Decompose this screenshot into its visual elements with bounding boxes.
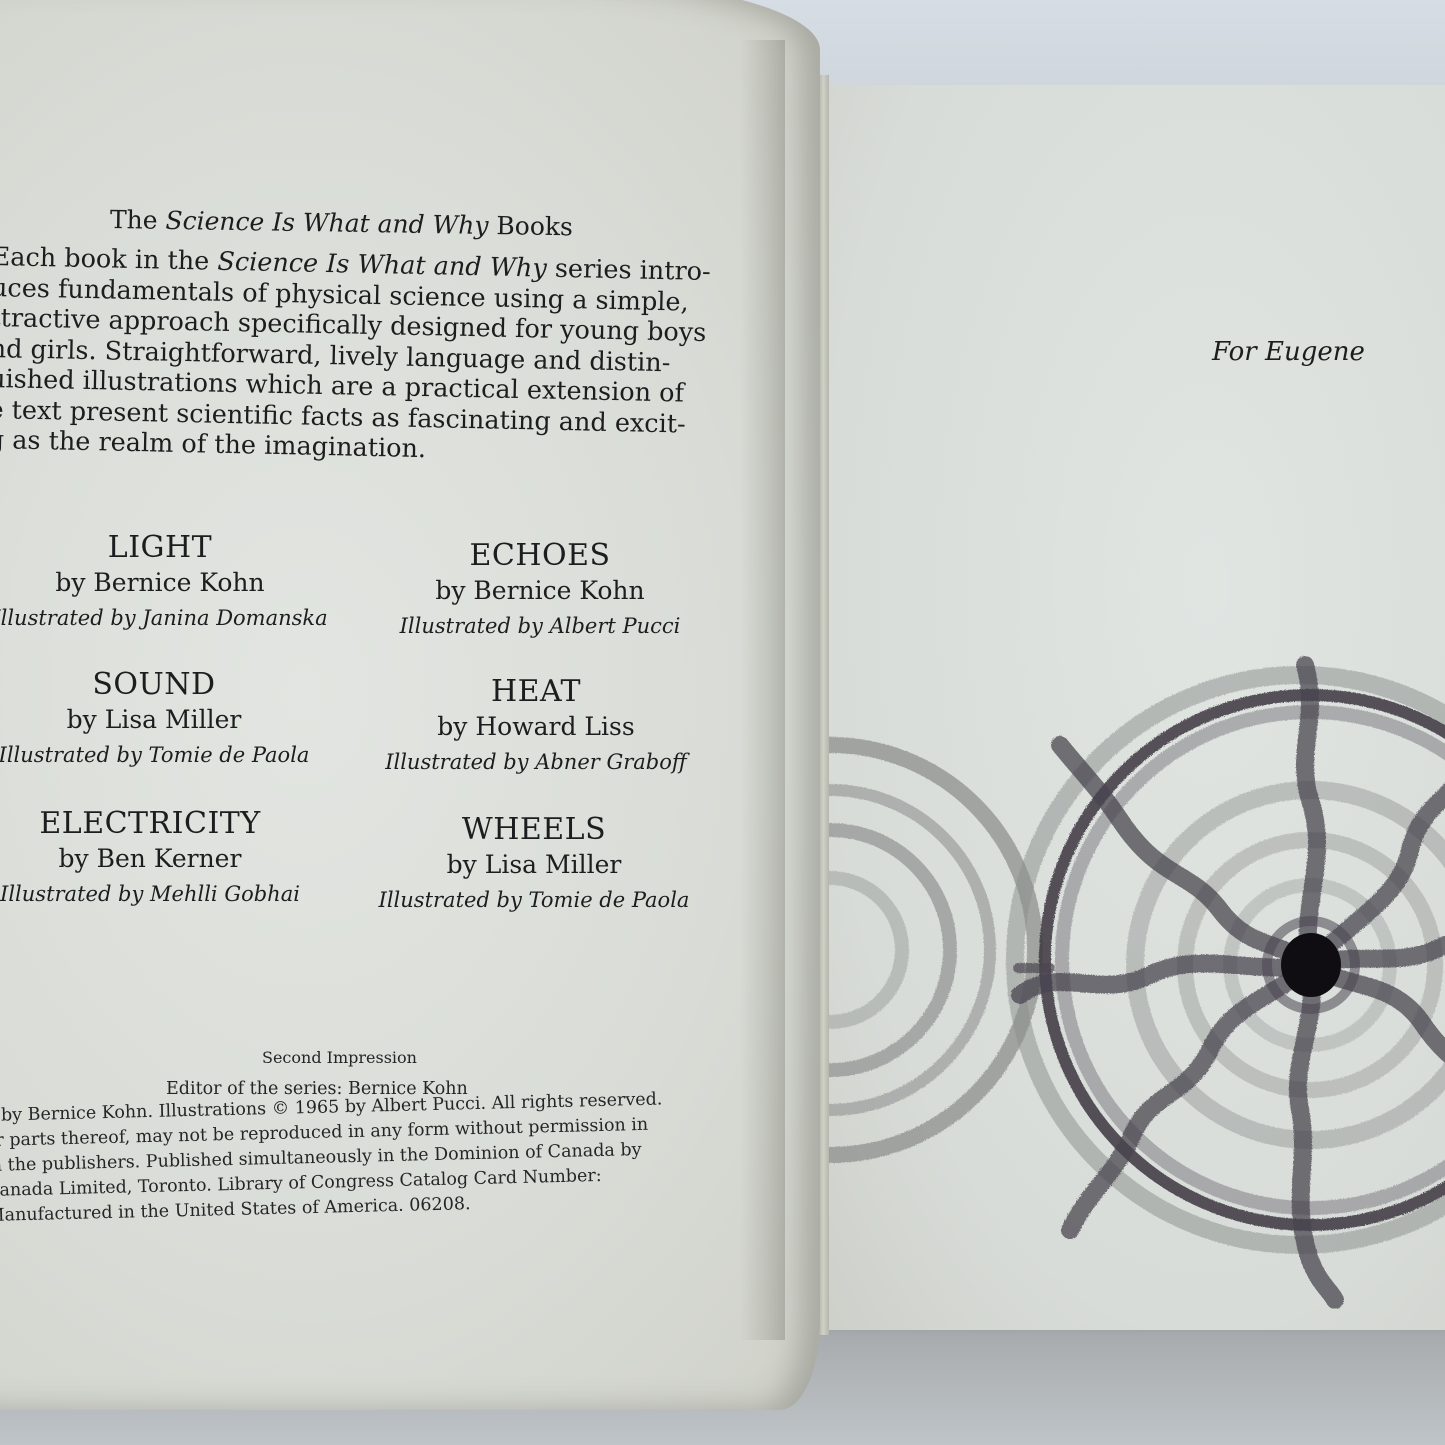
impression-text: Second Impression (262, 1048, 417, 1067)
book-title: LIGHT (0, 530, 340, 566)
book-entry-sound: SOUND by Lisa Miller Illustrated by Tomi… (0, 667, 334, 773)
series-heading: The Science Is What and Why Books (110, 205, 573, 241)
series-description: Each book in the Science Is What and Why… (0, 242, 711, 471)
book-title: HEAT (356, 674, 716, 710)
book-illustrator: Illustrated by Albert Pucci (360, 608, 720, 644)
book-author: by Lisa Miller (354, 848, 714, 882)
book-author: by Bernice Kohn (360, 574, 720, 608)
book-title: SOUND (0, 667, 334, 703)
description-tail: series intro- (546, 254, 710, 287)
book-illustrator: Illustrated by Janina Domanska (0, 600, 340, 636)
book-entry-electricity: ELECTRICITY by Ben Kerner Illustrated by… (0, 806, 330, 912)
book-author: by Lisa Miller (0, 703, 334, 737)
series-name: Science Is What and Why (165, 206, 488, 240)
book-entry-light: LIGHT by Bernice Kohn Illustrated by Jan… (0, 530, 340, 636)
wheel-illustration-icon (822, 85, 1445, 1330)
book-title: WHEELS (354, 812, 714, 848)
right-page: For Eugene (822, 85, 1445, 1330)
series-heading-prefix: The (110, 205, 166, 235)
book-author: by Bernice Kohn (0, 566, 340, 600)
book-entry-wheels: WHEELS by Lisa Miller Illustrated by Tom… (354, 812, 714, 918)
series-heading-suffix: Books (488, 211, 573, 241)
page-curl-shadow (740, 40, 785, 1340)
copyright-block: 5 by Bernice Kohn. Illustrations © 1965 … (0, 1087, 665, 1229)
description-lead: Each book in the (0, 242, 218, 277)
book-entry-echoes: ECHOES by Bernice Kohn Illustrated by Al… (360, 538, 720, 644)
book-illustrator: Illustrated by Mehlli Gobhai (0, 876, 330, 912)
dedication-text: For Eugene (1212, 337, 1365, 367)
book-illustrator: Illustrated by Tomie de Paola (354, 882, 714, 918)
book-title: ECHOES (360, 538, 720, 574)
left-page: The Science Is What and Why Books Each b… (0, 0, 820, 1410)
book-illustrator: Illustrated by Abner Graboff (356, 744, 716, 780)
book-author: by Howard Liss (356, 710, 716, 744)
book-illustrator: Illustrated by Tomie de Paola (0, 737, 334, 773)
book-author: by Ben Kerner (0, 842, 330, 876)
book-title: ELECTRICITY (0, 806, 330, 842)
book-entry-heat: HEAT by Howard Liss Illustrated by Abner… (356, 674, 716, 780)
